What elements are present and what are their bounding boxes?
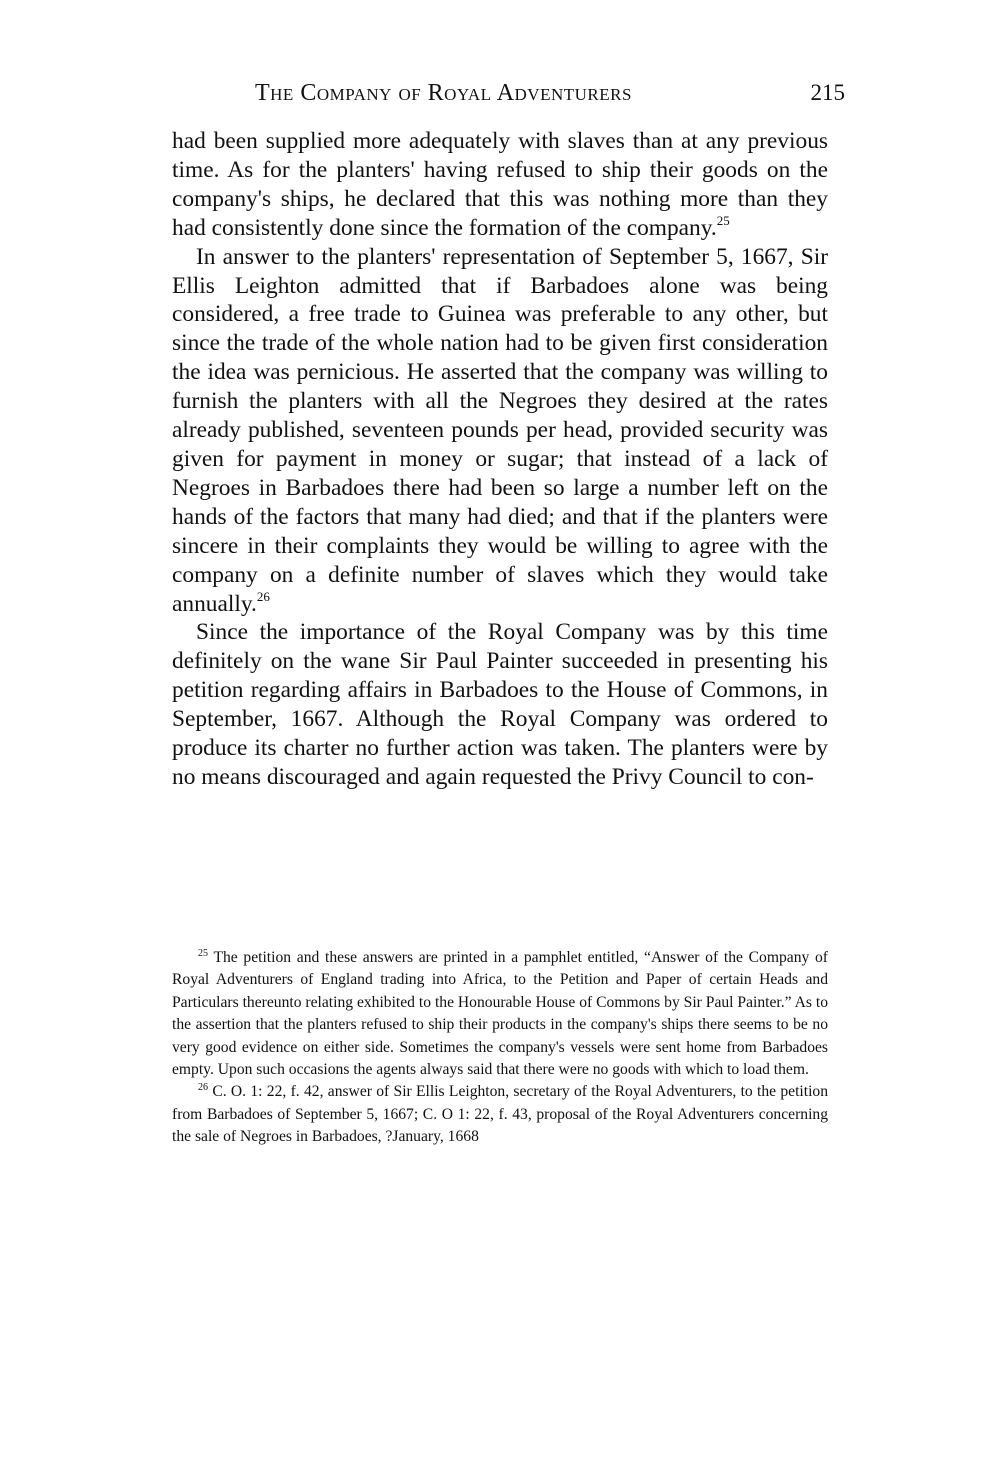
- footnote-number: 25: [198, 948, 208, 959]
- running-title: The Company of Royal Adventurers: [255, 80, 632, 107]
- footnotes: 25 The petition and these answers are pr…: [172, 947, 828, 1149]
- page-number: 215: [811, 80, 846, 106]
- body-text: had been supplied more adequately with s…: [172, 127, 828, 792]
- paragraph: In answer to the planters' representatio…: [172, 243, 828, 619]
- footnote-number: 26: [198, 1082, 208, 1093]
- footnote-ref: 26: [257, 589, 270, 604]
- paragraph: Since the importance of the Royal Compan…: [172, 618, 828, 791]
- footnote-ref: 25: [717, 213, 730, 228]
- page-header: The Company of Royal Adventurers 215: [255, 74, 845, 110]
- paragraph: had been supplied more adequately with s…: [172, 127, 828, 243]
- footnote: 26 C. O. 1: 22, f. 42, answer of Sir Ell…: [172, 1081, 828, 1148]
- footnote: 25 The petition and these answers are pr…: [172, 947, 828, 1081]
